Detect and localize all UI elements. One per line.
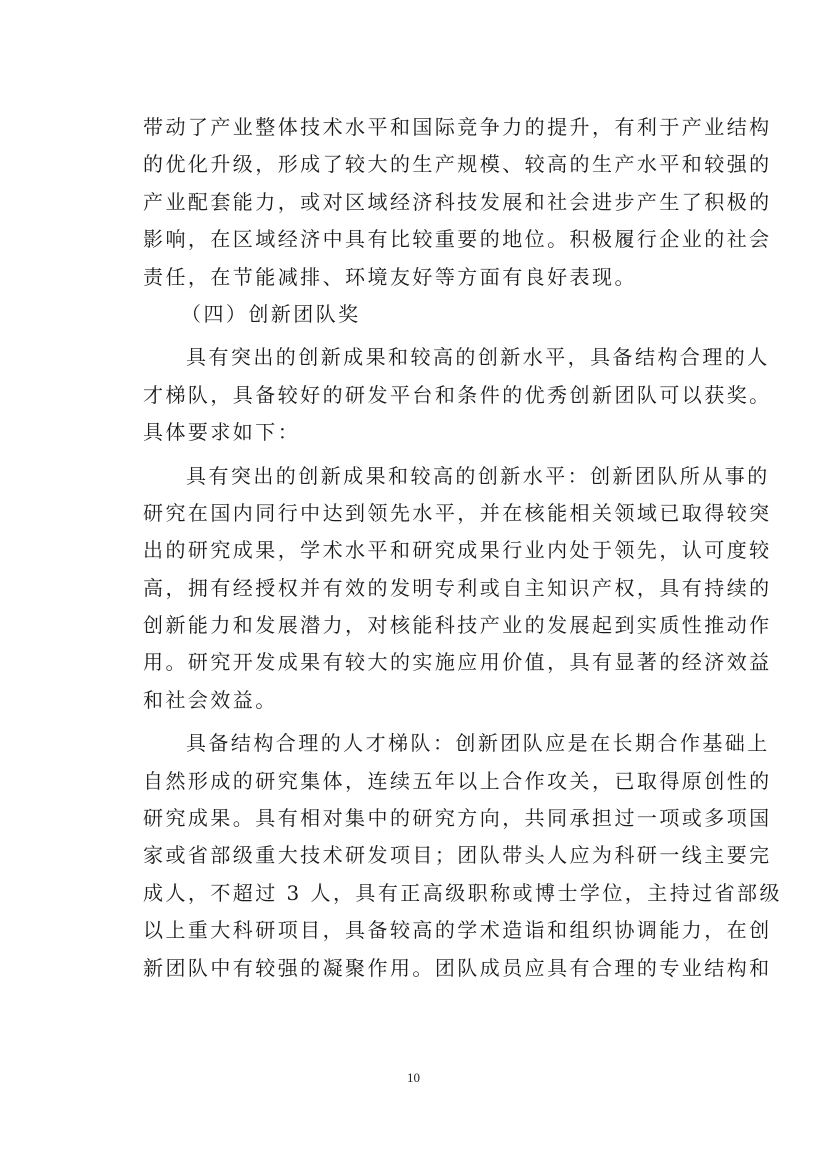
- text-line: 以上重大科研项目，具备较高的学术造诣和组织协调能力，在创: [143, 915, 688, 952]
- text-line: 高，拥有经授权并有效的发明专利或自主知识产权，具有持续的: [143, 573, 688, 610]
- section-heading-text: （四）创新团队奖: [143, 299, 688, 336]
- text-line: 产业配套能力，或对区域经济科技发展和社会进步产生了积极的: [143, 187, 688, 224]
- text-line: 出的研究成果，学术水平和研究成果行业内处于领先，认可度较: [143, 535, 688, 572]
- text-line: 才梯队，具备较好的研发平台和条件的优秀创新团队可以获奖。: [143, 380, 688, 417]
- paragraph-talent-structure: 具备结构合理的人才梯队：创新团队应是在长期合作基础上 自然形成的研究集体，连续五…: [143, 728, 688, 990]
- text-line: 影响，在区域经济中具有比较重要的地位。积极履行企业的社会: [143, 224, 688, 261]
- text-line: 新团队中有较强的凝聚作用。团队成员应具有合理的专业结构和: [143, 953, 688, 990]
- text-line: 自然形成的研究集体，连续五年以上合作攻关，已取得原创性的: [143, 766, 688, 803]
- text-line: 家或省部级重大技术研发项目；团队带头人应为科研一线主要完: [143, 840, 688, 877]
- paragraph-continuation: 带动了产业整体技术水平和国际竞争力的提升，有利于产业结构 的优化升级，形成了较大…: [143, 112, 688, 299]
- text-line: 具有突出的创新成果和较高的创新水平，具备结构合理的人: [143, 342, 688, 379]
- paragraph-innovation-achievements: 具有突出的创新成果和较高的创新水平：创新团队所从事的 研究在国内同行中达到领先水…: [143, 461, 688, 723]
- text-line: 用。研究开发成果有较大的实施应用价值，具有显著的经济效益: [143, 647, 688, 684]
- page-number: 10: [0, 1070, 827, 1086]
- text-line: 具备结构合理的人才梯队：创新团队应是在长期合作基础上: [143, 728, 688, 765]
- text-line: 研究在国内同行中达到领先水平，并在核能相关领域已取得较突: [143, 498, 688, 535]
- paragraph-intro: 具有突出的创新成果和较高的创新水平，具备结构合理的人 才梯队，具备较好的研发平台…: [143, 342, 688, 454]
- document-body: 带动了产业整体技术水平和国际竞争力的提升，有利于产业结构 的优化升级，形成了较大…: [143, 112, 688, 996]
- text-line: 和社会效益。: [143, 685, 688, 722]
- text-line: 研究成果。具有相对集中的研究方向，共同承担过一项或多项国: [143, 803, 688, 840]
- text-line: 成人，不超过 3 人，具有正高级职称或博士学位，主持过省部级: [143, 878, 688, 915]
- document-page: 带动了产业整体技术水平和国际竞争力的提升，有利于产业结构 的优化升级，形成了较大…: [0, 0, 827, 1170]
- text-line: 具有突出的创新成果和较高的创新水平：创新团队所从事的: [143, 461, 688, 498]
- text-line: 具体要求如下：: [143, 417, 688, 454]
- text-line: 责任，在节能减排、环境友好等方面有良好表现。: [143, 262, 688, 299]
- section-heading: （四）创新团队奖: [143, 299, 688, 336]
- text-line: 的优化升级，形成了较大的生产规模、较高的生产水平和较强的: [143, 149, 688, 186]
- text-line: 创新能力和发展潜力，对核能科技产业的发展起到实质性推动作: [143, 610, 688, 647]
- text-line: 带动了产业整体技术水平和国际竞争力的提升，有利于产业结构: [143, 112, 688, 149]
